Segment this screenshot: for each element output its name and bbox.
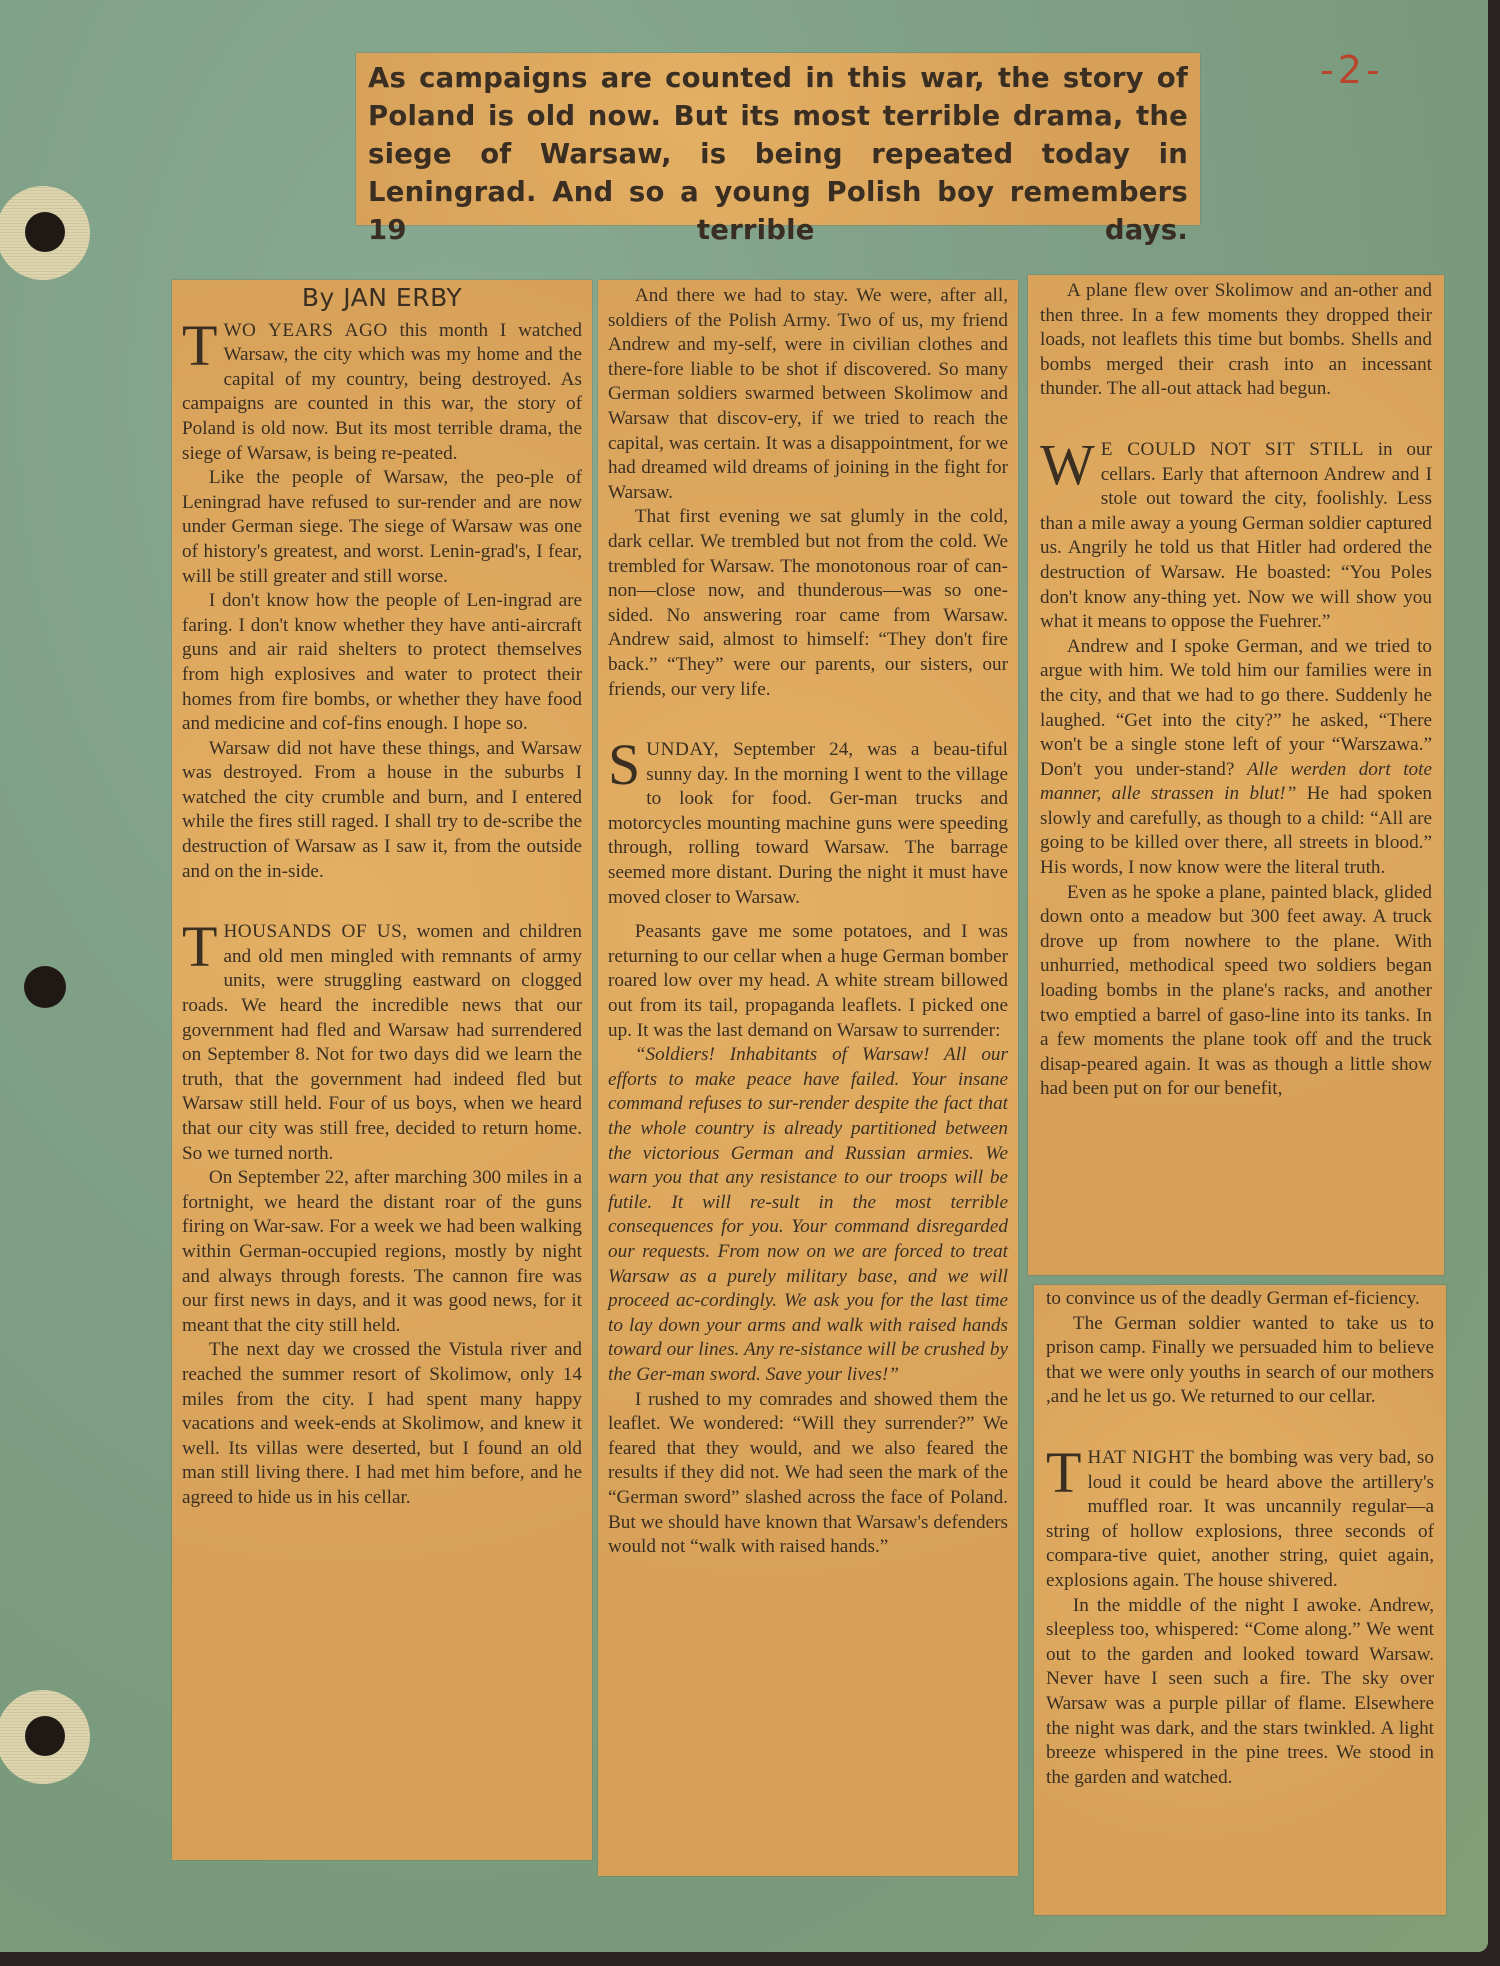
binder-hole-icon (25, 212, 65, 252)
byline: By JAN ERBY (182, 286, 582, 311)
headline-deck-clipping: As campaigns are counted in this war, th… (356, 53, 1200, 225)
article-column-3-top: A plane flew over Skolimow and an-other … (1028, 275, 1444, 1275)
paragraph: WE COULD NOT SIT STILL in our cellars. E… (1040, 438, 1432, 635)
paragraph: to convince us of the deadly German ef-f… (1046, 1287, 1434, 1312)
article-column-2: And there we had to stay. We were, after… (598, 280, 1018, 1876)
paragraph: In the middle of the night I awoke. Andr… (1046, 1594, 1434, 1791)
paragraph: Even as he spoke a plane, painted black,… (1040, 881, 1432, 1102)
paragraph: Warsaw did not have these things, and Wa… (182, 737, 582, 885)
binder-ring-bottom (0, 1690, 90, 1784)
binder-ring-top (0, 186, 90, 280)
paragraph: Peasants gave me some potatoes, and I wa… (608, 920, 1008, 1043)
drop-cap: T (182, 920, 223, 970)
binder-hole-middle (24, 966, 66, 1008)
paragraph: And there we had to stay. We were, after… (608, 284, 1008, 505)
paragraph: On September 22, after marching 300 mile… (182, 1166, 582, 1338)
drop-cap: W (1040, 438, 1101, 488)
paragraph: THOUSANDS OF US, women and children and … (182, 920, 582, 1166)
drop-cap: S (608, 738, 646, 788)
headline-deck: As campaigns are counted in this war, th… (368, 59, 1188, 249)
paragraph: THAT NIGHT the bombing was very bad, so … (1046, 1446, 1434, 1594)
leaflet-quote: “Soldiers! Inhabitants of Warsaw! All ou… (608, 1043, 1008, 1387)
drop-cap: T (182, 319, 223, 369)
paragraph: That first evening we sat glumly in the … (608, 505, 1008, 702)
drop-cap: T (1046, 1446, 1087, 1496)
paragraph: The next day we crossed the Vistula rive… (182, 1338, 582, 1510)
paragraph: A plane flew over Skolimow and an-other … (1040, 279, 1432, 402)
paragraph: The German soldier wanted to take us to … (1046, 1312, 1434, 1410)
paragraph: SUNDAY, September 24, was a beau-tiful s… (608, 738, 1008, 910)
paragraph: I don't know how the people of Len-ingra… (182, 589, 582, 737)
article-column-3-bottom: to convince us of the deadly German ef-f… (1034, 1285, 1446, 1915)
paragraph: I rushed to my comrades and showed them … (608, 1388, 1008, 1560)
scrapbook-page: -2- As campaigns are counted in this war… (0, 0, 1488, 1952)
binder-hole-icon (25, 1716, 65, 1756)
paragraph: TWO YEARS AGO this month I watched Warsa… (182, 319, 582, 467)
paragraph: Andrew and I spoke German, and we tried … (1040, 635, 1432, 881)
article-column-1: By JAN ERBY TWO YEARS AGO this month I w… (172, 280, 592, 1860)
handwritten-page-number: -2- (1320, 48, 1384, 92)
paragraph: Like the people of Warsaw, the peo-ple o… (182, 466, 582, 589)
